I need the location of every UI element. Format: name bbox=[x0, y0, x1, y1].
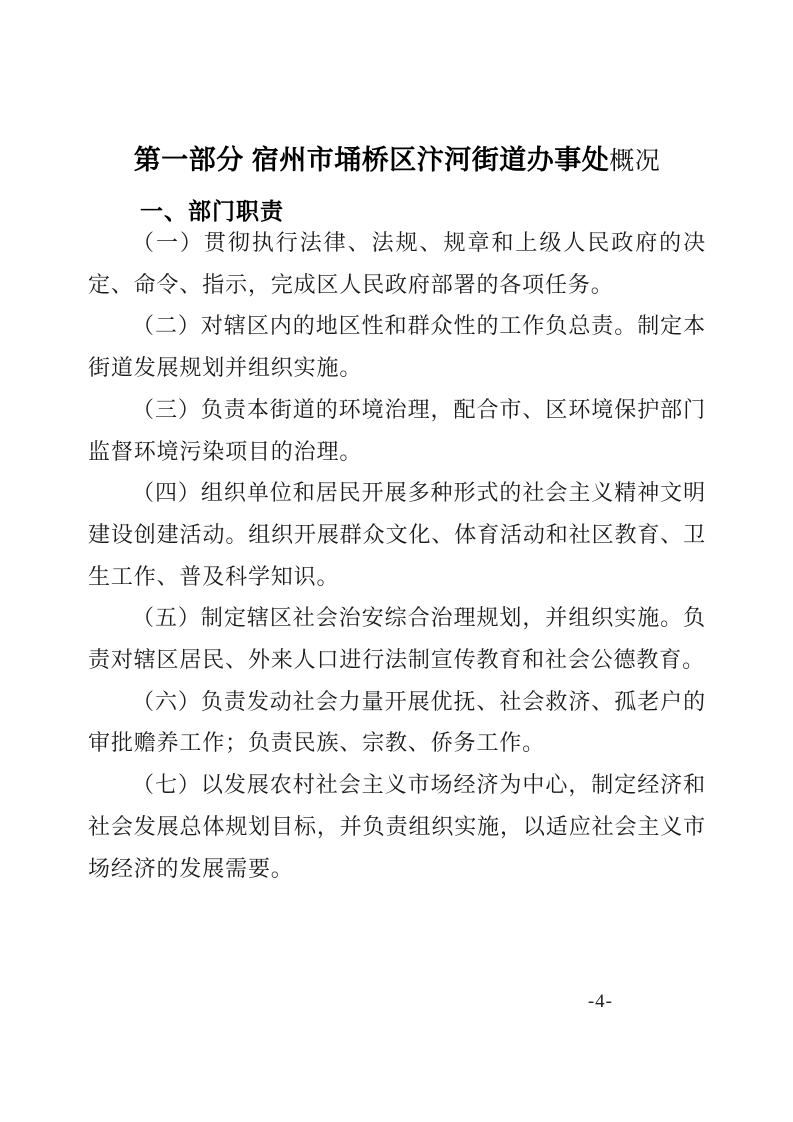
document-title-suffix: 概况 bbox=[609, 148, 660, 175]
body-paragraph: （五）制定辖区社会治安综合治理规划，并组织实施。负责对辖区居民、外来人口进行法制… bbox=[88, 597, 706, 680]
body-paragraph: （二）对辖区内的地区性和群众性的工作负总责。制定本街道发展规划并组织实施。 bbox=[88, 305, 706, 388]
document-page: 第一部分 宿州市埇桥区汴河街道办事处概况 一、部门职责 （一）贯彻执行法律、法规… bbox=[0, 0, 793, 1122]
page-number: -4- bbox=[588, 991, 613, 1013]
body-paragraph: （四）组织单位和居民开展多种形式的社会主义精神文明建设创建活动。组织开展群众文化… bbox=[88, 472, 706, 597]
body-paragraph: （三）负责本街道的环境治理，配合市、区环境保护部门监督环境污染项目的治理。 bbox=[88, 389, 706, 472]
document-title-main: 第一部分 宿州市埇桥区汴河街道办事处 bbox=[134, 145, 610, 175]
document-title: 第一部分 宿州市埇桥区汴河街道办事处概况 bbox=[88, 140, 706, 185]
text-block: 第一部分 宿州市埇桥区汴河街道办事处概况 一、部门职责 （一）贯彻执行法律、法规… bbox=[88, 0, 706, 1122]
paragraphs: （一）贯彻执行法律、法规、规章和上级人民政府的决定、命令、指示，完成区人民政府部… bbox=[88, 222, 706, 889]
body-paragraph: （一）贯彻执行法律、法规、规章和上级人民政府的决定、命令、指示，完成区人民政府部… bbox=[88, 222, 706, 305]
body-paragraph: （七）以发展农村社会主义市场经济为中心，制定经济和社会发展总体规划目标，并负责组… bbox=[88, 764, 706, 889]
body-paragraph: （六）负责发动社会力量开展优抚、社会救济、孤老户的审批赡养工作；负责民族、宗教、… bbox=[88, 681, 706, 764]
